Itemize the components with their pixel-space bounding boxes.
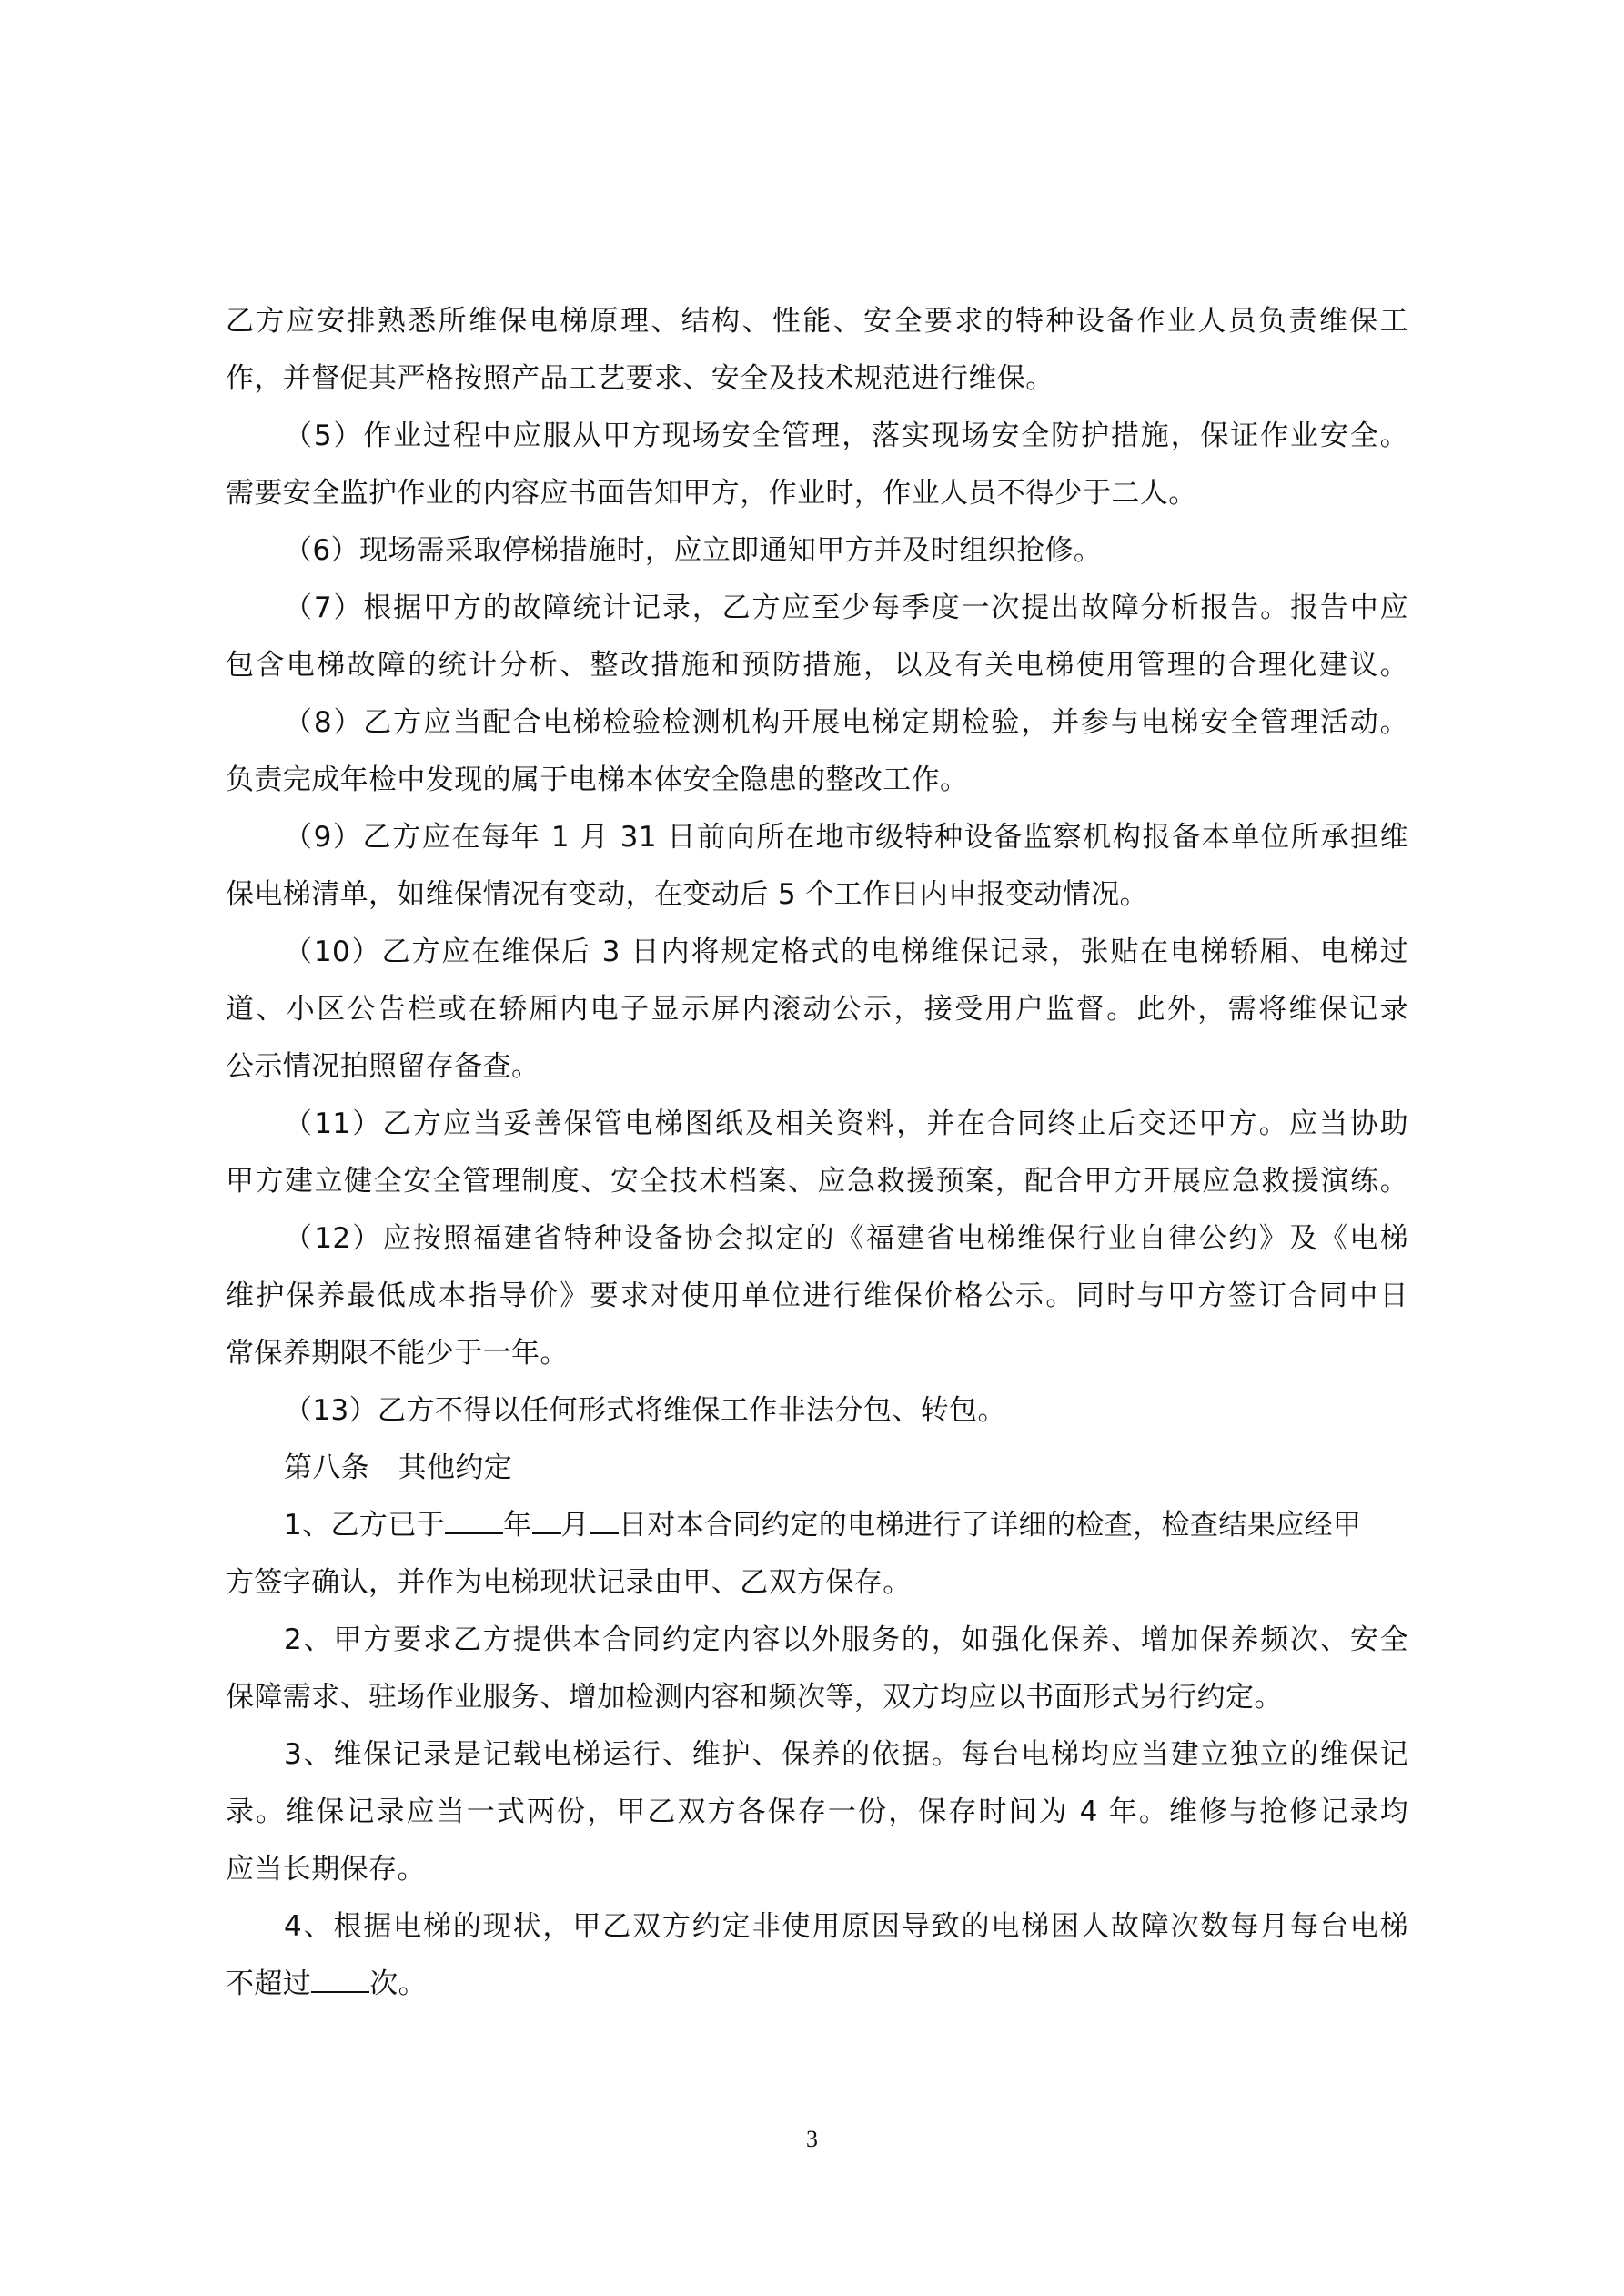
text-line: 方签字确认，并作为电梯现状记录由甲、乙双方保存。 (226, 1554, 1408, 1612)
text-line: 道、小区公告栏或在轿厢内电子显示屏内滚动公示，接受用户监督。此外，需将维保记录 (226, 981, 1408, 1038)
limit-text-b: 次。 (369, 1967, 427, 2000)
text-line: 负责完成年检中发现的属于电梯本体安全隐患的整改工作。 (226, 752, 1408, 809)
document-page: 乙方应安排熟悉所维保电梯原理、结构、性能、安全要求的特种设备作业人员负责维保工 … (0, 0, 1624, 2296)
page-number: 3 (0, 2126, 1624, 2153)
text-line: 保障需求、驻场作业服务、增加检测内容和频次等，双方均应以书面形式另行约定。 (226, 1669, 1408, 1726)
text-line: 维护保养最低成本指导价》要求对使用单位进行维保价格公示。同时与甲方签订合同中日 (226, 1268, 1408, 1325)
clause-9: （9）乙方应在每年 1 月 31 日前向所在地市级特种设备监察机构报备本单位所承… (226, 809, 1408, 866)
item-1-text-a: 1、乙方已于 (284, 1509, 445, 1542)
times-blank-field[interactable] (311, 1966, 369, 1993)
clause-11: （11）乙方应当妥善保管电梯图纸及相关资料，并在合同终止后交还甲方。应当协助 (226, 1096, 1408, 1153)
clause-7: （7）根据甲方的故障统计记录，乙方应至少每季度一次提出故障分析报告。报告中应 (226, 580, 1408, 637)
text-line: 包含电梯故障的统计分析、整改措施和预防措施，以及有关电梯使用管理的合理化建议。 (226, 637, 1408, 694)
clause-13: （13）乙方不得以任何形式将维保工作非法分包、转包。 (226, 1382, 1408, 1440)
text-line: 公示情况拍照留存备查。 (226, 1038, 1408, 1096)
item-2: 2、甲方要求乙方提供本合同约定内容以外服务的，如强化保养、增加保养频次、安全 (226, 1612, 1408, 1669)
month-label: 月 (561, 1509, 590, 1542)
clause-10: （10）乙方应在维保后 3 日内将规定格式的电梯维保记录，张贴在电梯轿厢、电梯过 (226, 924, 1408, 981)
text-line: 作，并督促其严格按照产品工艺要求、安全及技术规范进行维保。 (226, 350, 1408, 408)
text-line: 甲方建立健全安全管理制度、安全技术档案、应急救援预案，配合甲方开展应急救援演练。 (226, 1153, 1408, 1210)
item-1-text-b: 日对本合同约定的电梯进行了详细的检查，检查结果应经甲 (619, 1509, 1361, 1542)
item-4: 4、根据电梯的现状，甲乙双方约定非使用原因导致的电梯困人故障次数每月每台电梯 (226, 1898, 1408, 1956)
clause-5: （5）作业过程中应服从甲方现场安全管理，落实现场安全防护措施，保证作业安全。 (226, 408, 1408, 465)
month-blank-field[interactable] (532, 1507, 561, 1534)
text-line: 录。维保记录应当一式两份，甲乙双方各保存一份，保存时间为 4 年。维修与抢修记录… (226, 1784, 1408, 1841)
text-line: 需要安全监护作业的内容应书面告知甲方，作业时，作业人员不得少于二人。 (226, 465, 1408, 522)
clause-12: （12）应按照福建省特种设备协会拟定的《福建省电梯维保行业自律公约》及《电梯 (226, 1210, 1408, 1268)
clause-8: （8）乙方应当配合电梯检验检测机构开展电梯定期检验，并参与电梯安全管理活动。 (226, 694, 1408, 752)
text-line: 常保养期限不能少于一年。 (226, 1325, 1408, 1382)
contract-body: 乙方应安排熟悉所维保电梯原理、结构、性能、安全要求的特种设备作业人员负责维保工 … (226, 293, 1408, 2013)
clause-6: （6）现场需采取停梯措施时，应立即通知甲方并及时组织抢修。 (226, 522, 1408, 580)
day-blank-field[interactable] (590, 1507, 619, 1534)
text-line: 不超过次。 (226, 1956, 1408, 2013)
limit-text-a: 不超过 (226, 1967, 311, 2000)
article-8-heading: 第八条 其他约定 (226, 1440, 1408, 1497)
year-label: 年 (503, 1509, 531, 1542)
item-1: 1、乙方已于年月日对本合同约定的电梯进行了详细的检查，检查结果应经甲 (226, 1497, 1408, 1554)
year-blank-field[interactable] (445, 1507, 503, 1534)
text-line: 应当长期保存。 (226, 1841, 1408, 1898)
item-3: 3、维保记录是记载电梯运行、维护、保养的依据。每台电梯均应当建立独立的维保记 (226, 1726, 1408, 1784)
text-line: 保电梯清单，如维保情况有变动，在变动后 5 个工作日内申报变动情况。 (226, 866, 1408, 924)
text-line: 乙方应安排熟悉所维保电梯原理、结构、性能、安全要求的特种设备作业人员负责维保工 (226, 293, 1408, 350)
